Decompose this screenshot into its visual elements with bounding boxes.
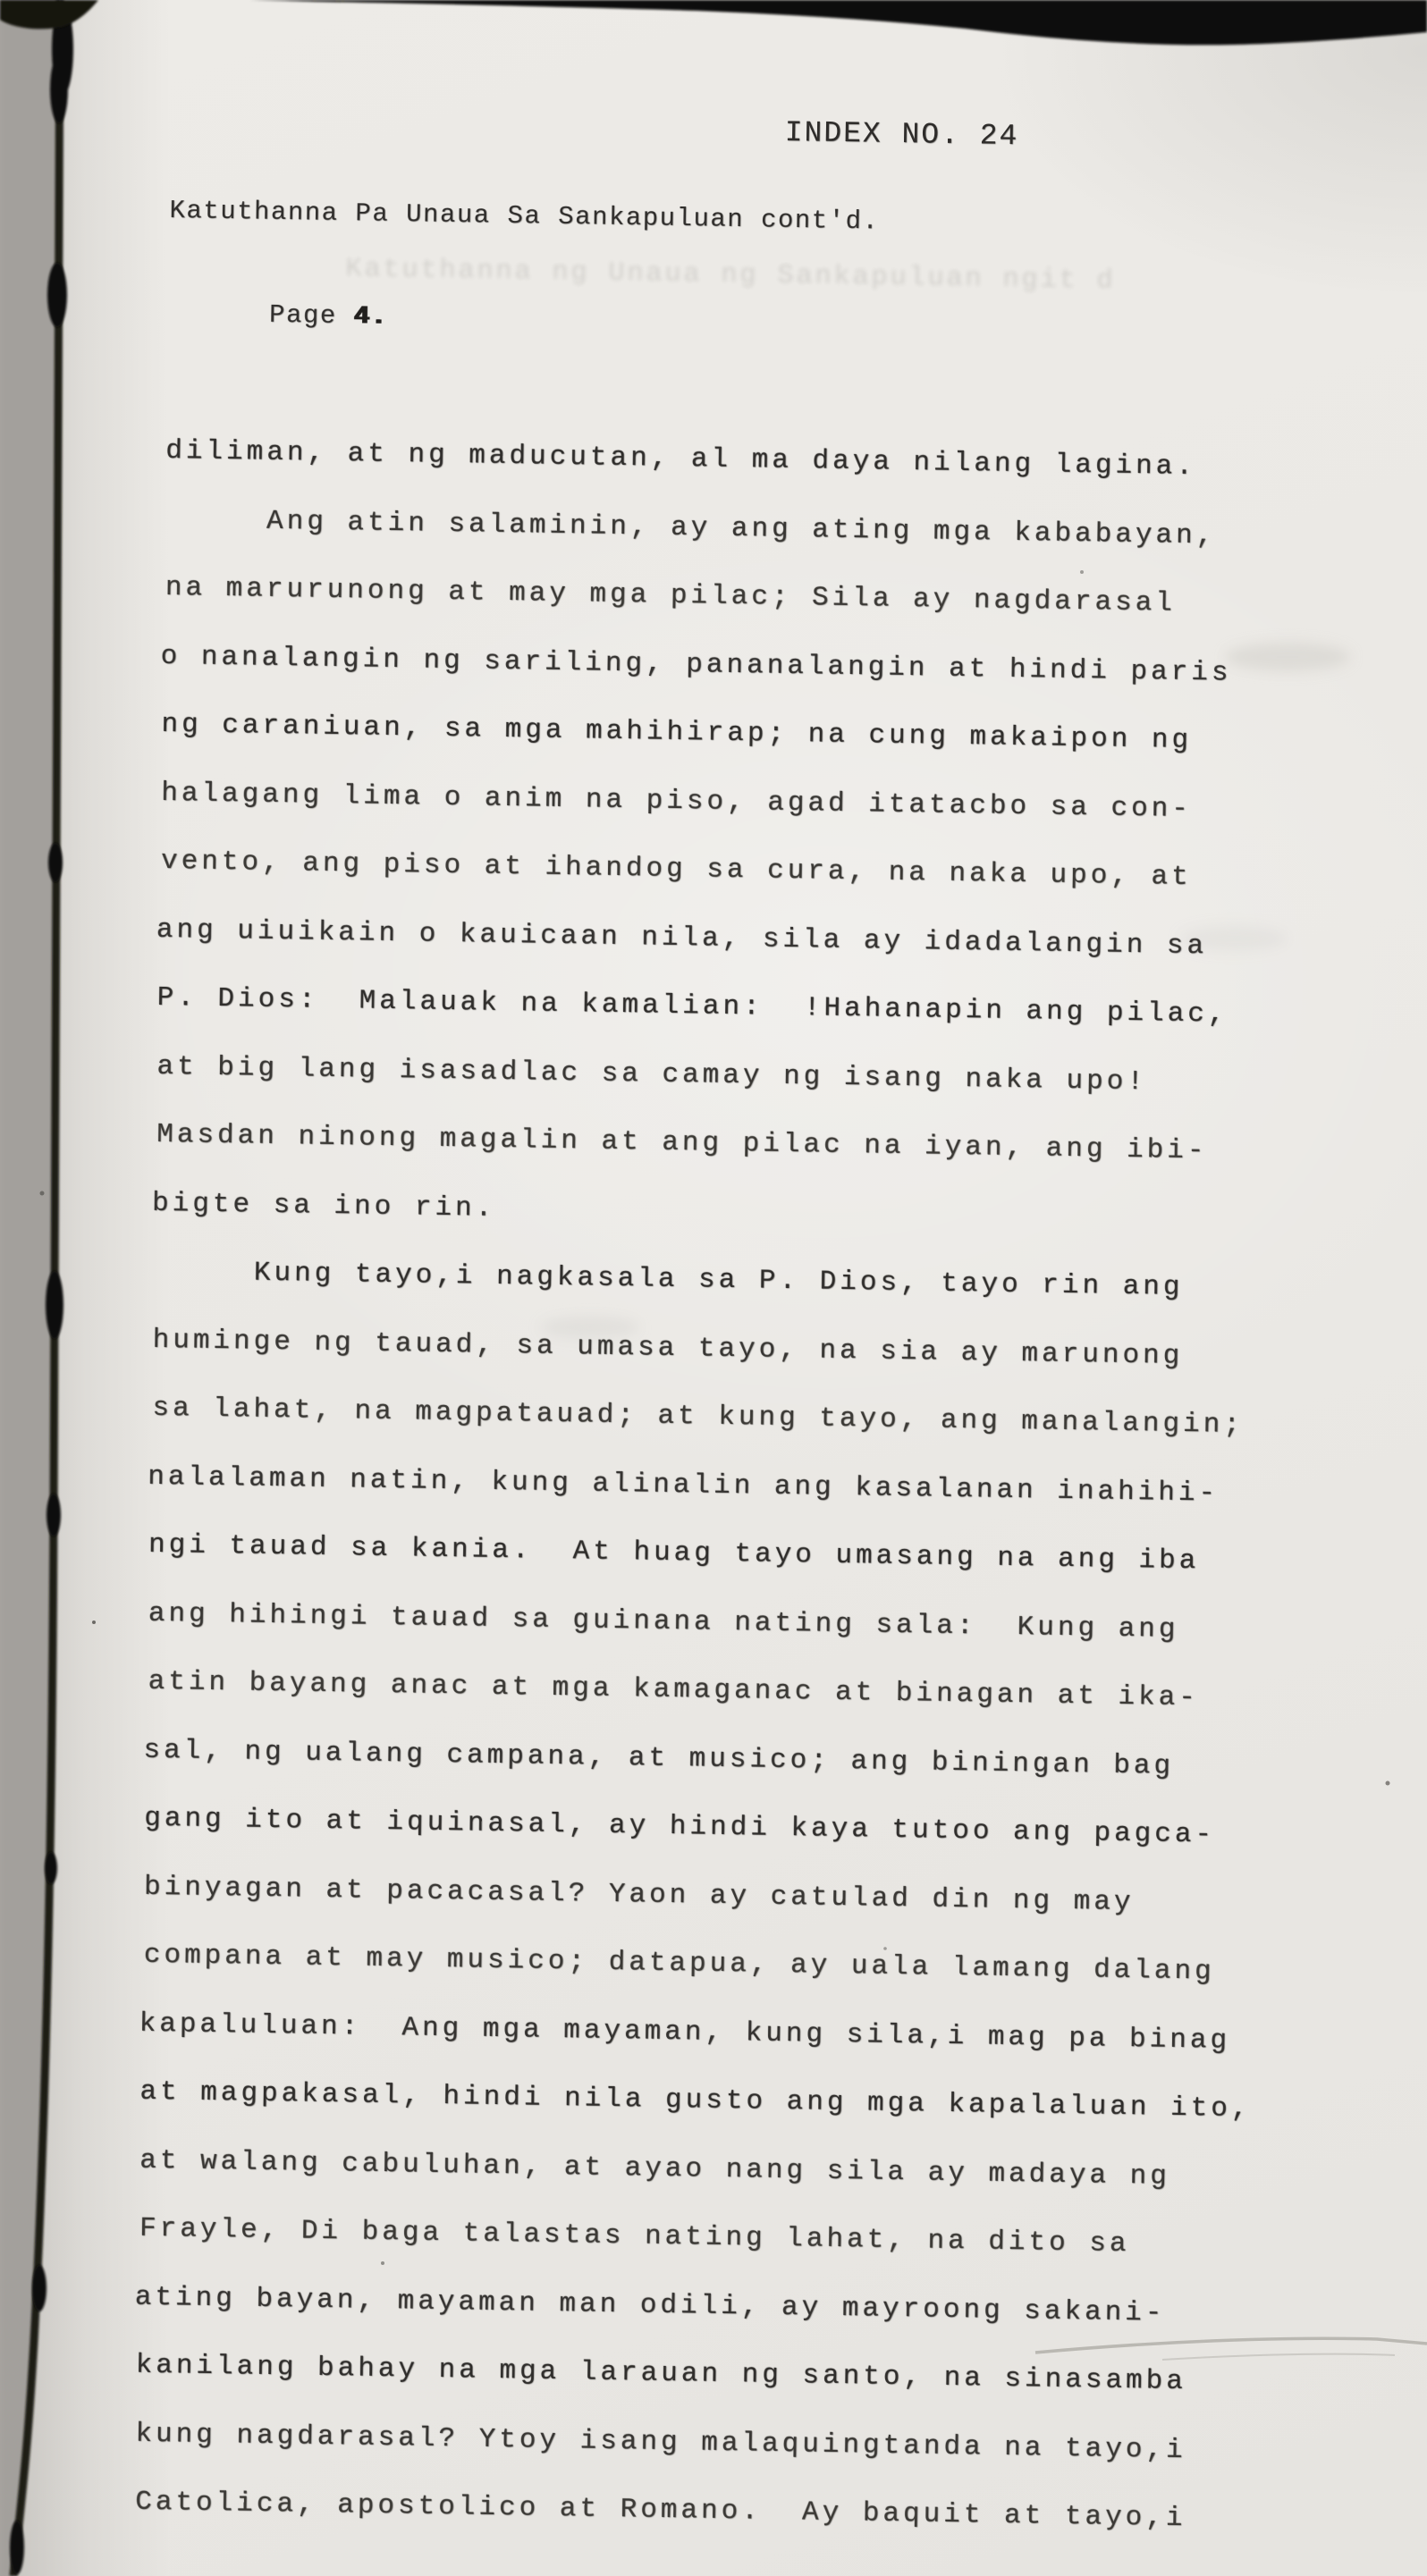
scanned-typewritten-page: INDEX NO. 24 Katuthanna Pa Unaua Sa Sank… (0, 0, 1427, 2576)
top-scan-edge (237, 0, 1427, 45)
body-text: diliman, at ng maducutan, al ma daya nil… (133, 417, 1320, 2555)
page-number: 4. (353, 301, 387, 332)
typed-text-block: Katuthanna Pa Unaua Sa Sankapuluan cont'… (133, 183, 1323, 2555)
top-left-scan-edge (0, 0, 98, 29)
page-label: Page (269, 300, 354, 331)
index-number-label: INDEX NO. 24 (784, 116, 1018, 153)
